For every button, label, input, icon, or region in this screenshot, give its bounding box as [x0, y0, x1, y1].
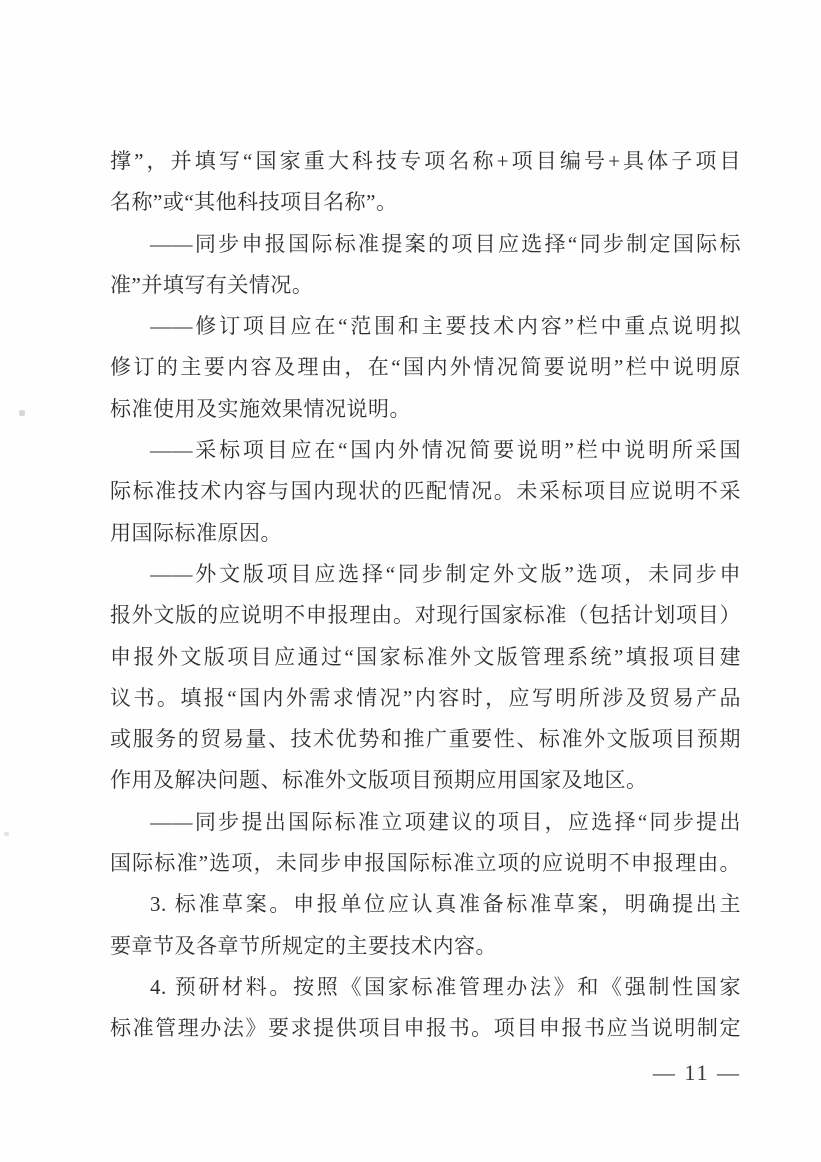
text-line: ——修订项目应在“范围和主要技术内容”栏中重点说明拟 — [110, 306, 741, 347]
scan-artifact — [19, 410, 25, 416]
document-body: 撑”，并填写“国家重大科技专项名称+项目编号+具体子项目 名称”或“其他科技项目… — [110, 141, 741, 1050]
text-line: ——同步申报国际标准提案的项目应选择“同步制定国际标 — [110, 224, 741, 265]
page-number: — 11 — — [611, 1058, 741, 1088]
text-line: ——外文版项目应选择“同步制定外文版”选项，未同步申 — [110, 554, 741, 595]
text-line: 标准使用及实施效果情况说明。 — [110, 389, 741, 430]
text-line: 3. 标准草案。申报单位应认真准备标准草案，明确提出主 — [110, 884, 741, 925]
text-line: 申报外文版项目应通过“国家标准外文版管理系统”填报项目建 — [110, 637, 741, 678]
text-line: 际标准技术内容与国内现状的匹配情况。未采标项目应说明不采 — [110, 471, 741, 512]
text-line: 或服务的贸易量、技术优势和推广重要性、标准外文版项目预期 — [110, 719, 741, 760]
text-line: ——采标项目应在“国内外情况简要说明”栏中说明所采国 — [110, 430, 741, 471]
text-line: 标准管理办法》要求提供项目申报书。项目申报书应当说明制定 — [110, 1008, 741, 1049]
text-line: 准”并填写有关情况。 — [110, 265, 741, 306]
text-line: 撑”，并填写“国家重大科技专项名称+项目编号+具体子项目 — [110, 141, 741, 182]
text-line: 国际标准”选项，未同步申报国际标准立项的应说明不申报理由。 — [110, 843, 741, 884]
document-page: 撑”，并填写“国家重大科技专项名称+项目编号+具体子项目 名称”或“其他科技项目… — [0, 0, 821, 1162]
text-line: 名称”或“其他科技项目名称”。 — [110, 182, 741, 223]
text-line: 议书。填报“国内外需求情况”内容时，应写明所涉及贸易产品 — [110, 678, 741, 719]
text-line: 作用及解决问题、标准外文版项目预期应用国家及地区。 — [110, 760, 741, 801]
text-line: 修订的主要内容及理由，在“国内外情况简要说明”栏中说明原 — [110, 347, 741, 388]
text-line: 要章节及各章节所规定的主要技术内容。 — [110, 926, 741, 967]
text-line: 4. 预研材料。按照《国家标准管理办法》和《强制性国家 — [110, 967, 741, 1008]
text-line: 用国际标准原因。 — [110, 513, 741, 554]
text-line: 报外文版的应说明不申报理由。对现行国家标准（包括计划项目） — [110, 595, 741, 636]
text-line: ——同步提出国际标准立项建议的项目，应选择“同步提出 — [110, 802, 741, 843]
scan-artifact — [4, 832, 9, 836]
